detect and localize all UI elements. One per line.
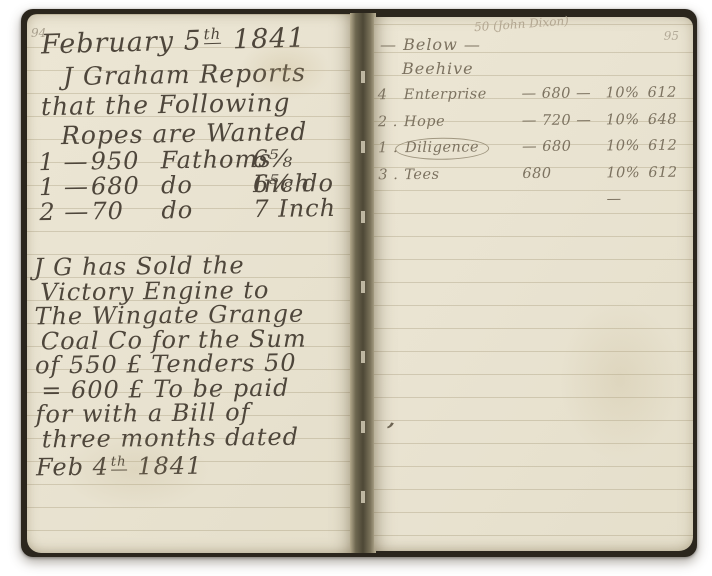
length-value: — 680 xyxy=(522,133,606,160)
left-page: 94 February 5th 1841 J Graham Reports th… xyxy=(27,14,352,553)
colliery-subheading: Beehive xyxy=(402,59,474,78)
rope-length: 680 xyxy=(91,174,153,200)
pit-name: Hope xyxy=(404,108,522,136)
date-post: 1841 xyxy=(129,452,203,481)
pit-name: Tees xyxy=(404,161,522,189)
circled-pit-name: Diligence xyxy=(395,137,489,160)
report-line-1: J Graham Reports xyxy=(63,58,306,91)
table-row: 1 . Diligence — 680 10% 612 xyxy=(378,133,678,162)
date-pre: Feb 4 xyxy=(36,453,109,482)
stray-ink-mark: , xyxy=(387,406,400,431)
net-value: 648 xyxy=(648,106,678,133)
rope-qty: 2 — xyxy=(39,199,91,225)
rope-qty: 1 — xyxy=(38,149,90,175)
rope-order-list: 1 — 950 Fathoms 6⅝ Inch 1 — 680 do 6⅝ do… xyxy=(38,146,339,225)
date-heading-post: 1841 xyxy=(223,23,306,56)
length-value: — 680 — xyxy=(522,80,606,107)
row-number: 4 xyxy=(378,82,404,109)
row-number: 3 . xyxy=(378,162,404,189)
date-ordinal: th xyxy=(111,454,127,470)
engine-sale-paragraph: J G has Sold the Victory Engine to The W… xyxy=(34,253,308,476)
percent-value: 10% xyxy=(606,80,648,107)
pit-name: Enterprise xyxy=(404,81,522,109)
report-line-2: that the Following xyxy=(41,88,291,121)
date-heading: February 5th 1841 xyxy=(41,23,306,61)
below-heading: — Below — xyxy=(380,35,481,54)
date-heading-ordinal: th xyxy=(203,25,221,44)
paragraph-line: three months dated xyxy=(42,424,308,451)
rope-length: 70 xyxy=(91,199,153,225)
pencil-annotation: 50 (John Dixon) xyxy=(474,14,570,35)
binding-stitches xyxy=(361,13,365,553)
length-value: — 720 — xyxy=(522,107,606,134)
net-value: 612 xyxy=(648,159,678,186)
right-page-number: 95 xyxy=(664,29,679,43)
rope-row: 2 — 70 do 7 Inch xyxy=(39,196,339,225)
table-row: 3 . Tees 680 10% — 612 xyxy=(378,159,678,188)
notebook-photo: 94 February 5th 1841 J Graham Reports th… xyxy=(0,0,712,576)
row-number: 2 . xyxy=(378,109,404,136)
rope-length: 950 xyxy=(90,149,152,175)
rope-size: 7 Inch xyxy=(253,196,339,222)
right-page: 50 (John Dixon) 95 — Below — Beehive 4 E… xyxy=(374,17,693,551)
table-row: 4 Enterprise — 680 — 10% 612 . xyxy=(378,80,678,109)
percent-value: 10% xyxy=(606,106,648,133)
table-row: 2 . Hope — 720 — 10% 648 xyxy=(378,106,678,135)
net-value: 612 xyxy=(648,133,678,160)
paragraph-date-line: Feb 4th 1841 xyxy=(36,449,308,476)
percent-value: 10% — xyxy=(606,159,648,212)
book-binding-gutter xyxy=(350,13,376,553)
rope-unit: do xyxy=(153,197,253,223)
rope-qty: 1 — xyxy=(39,174,91,200)
percent-value: 10% xyxy=(606,133,648,160)
length-value: 680 xyxy=(522,160,606,187)
rope-unit: do xyxy=(153,172,253,198)
date-heading-pre: February 5 xyxy=(41,25,203,60)
pit-rope-table: 4 Enterprise — 680 — 10% 612 . 2 . Hope … xyxy=(378,80,679,189)
rope-unit: Fathoms xyxy=(152,147,252,173)
pit-name: Diligence xyxy=(404,134,522,162)
